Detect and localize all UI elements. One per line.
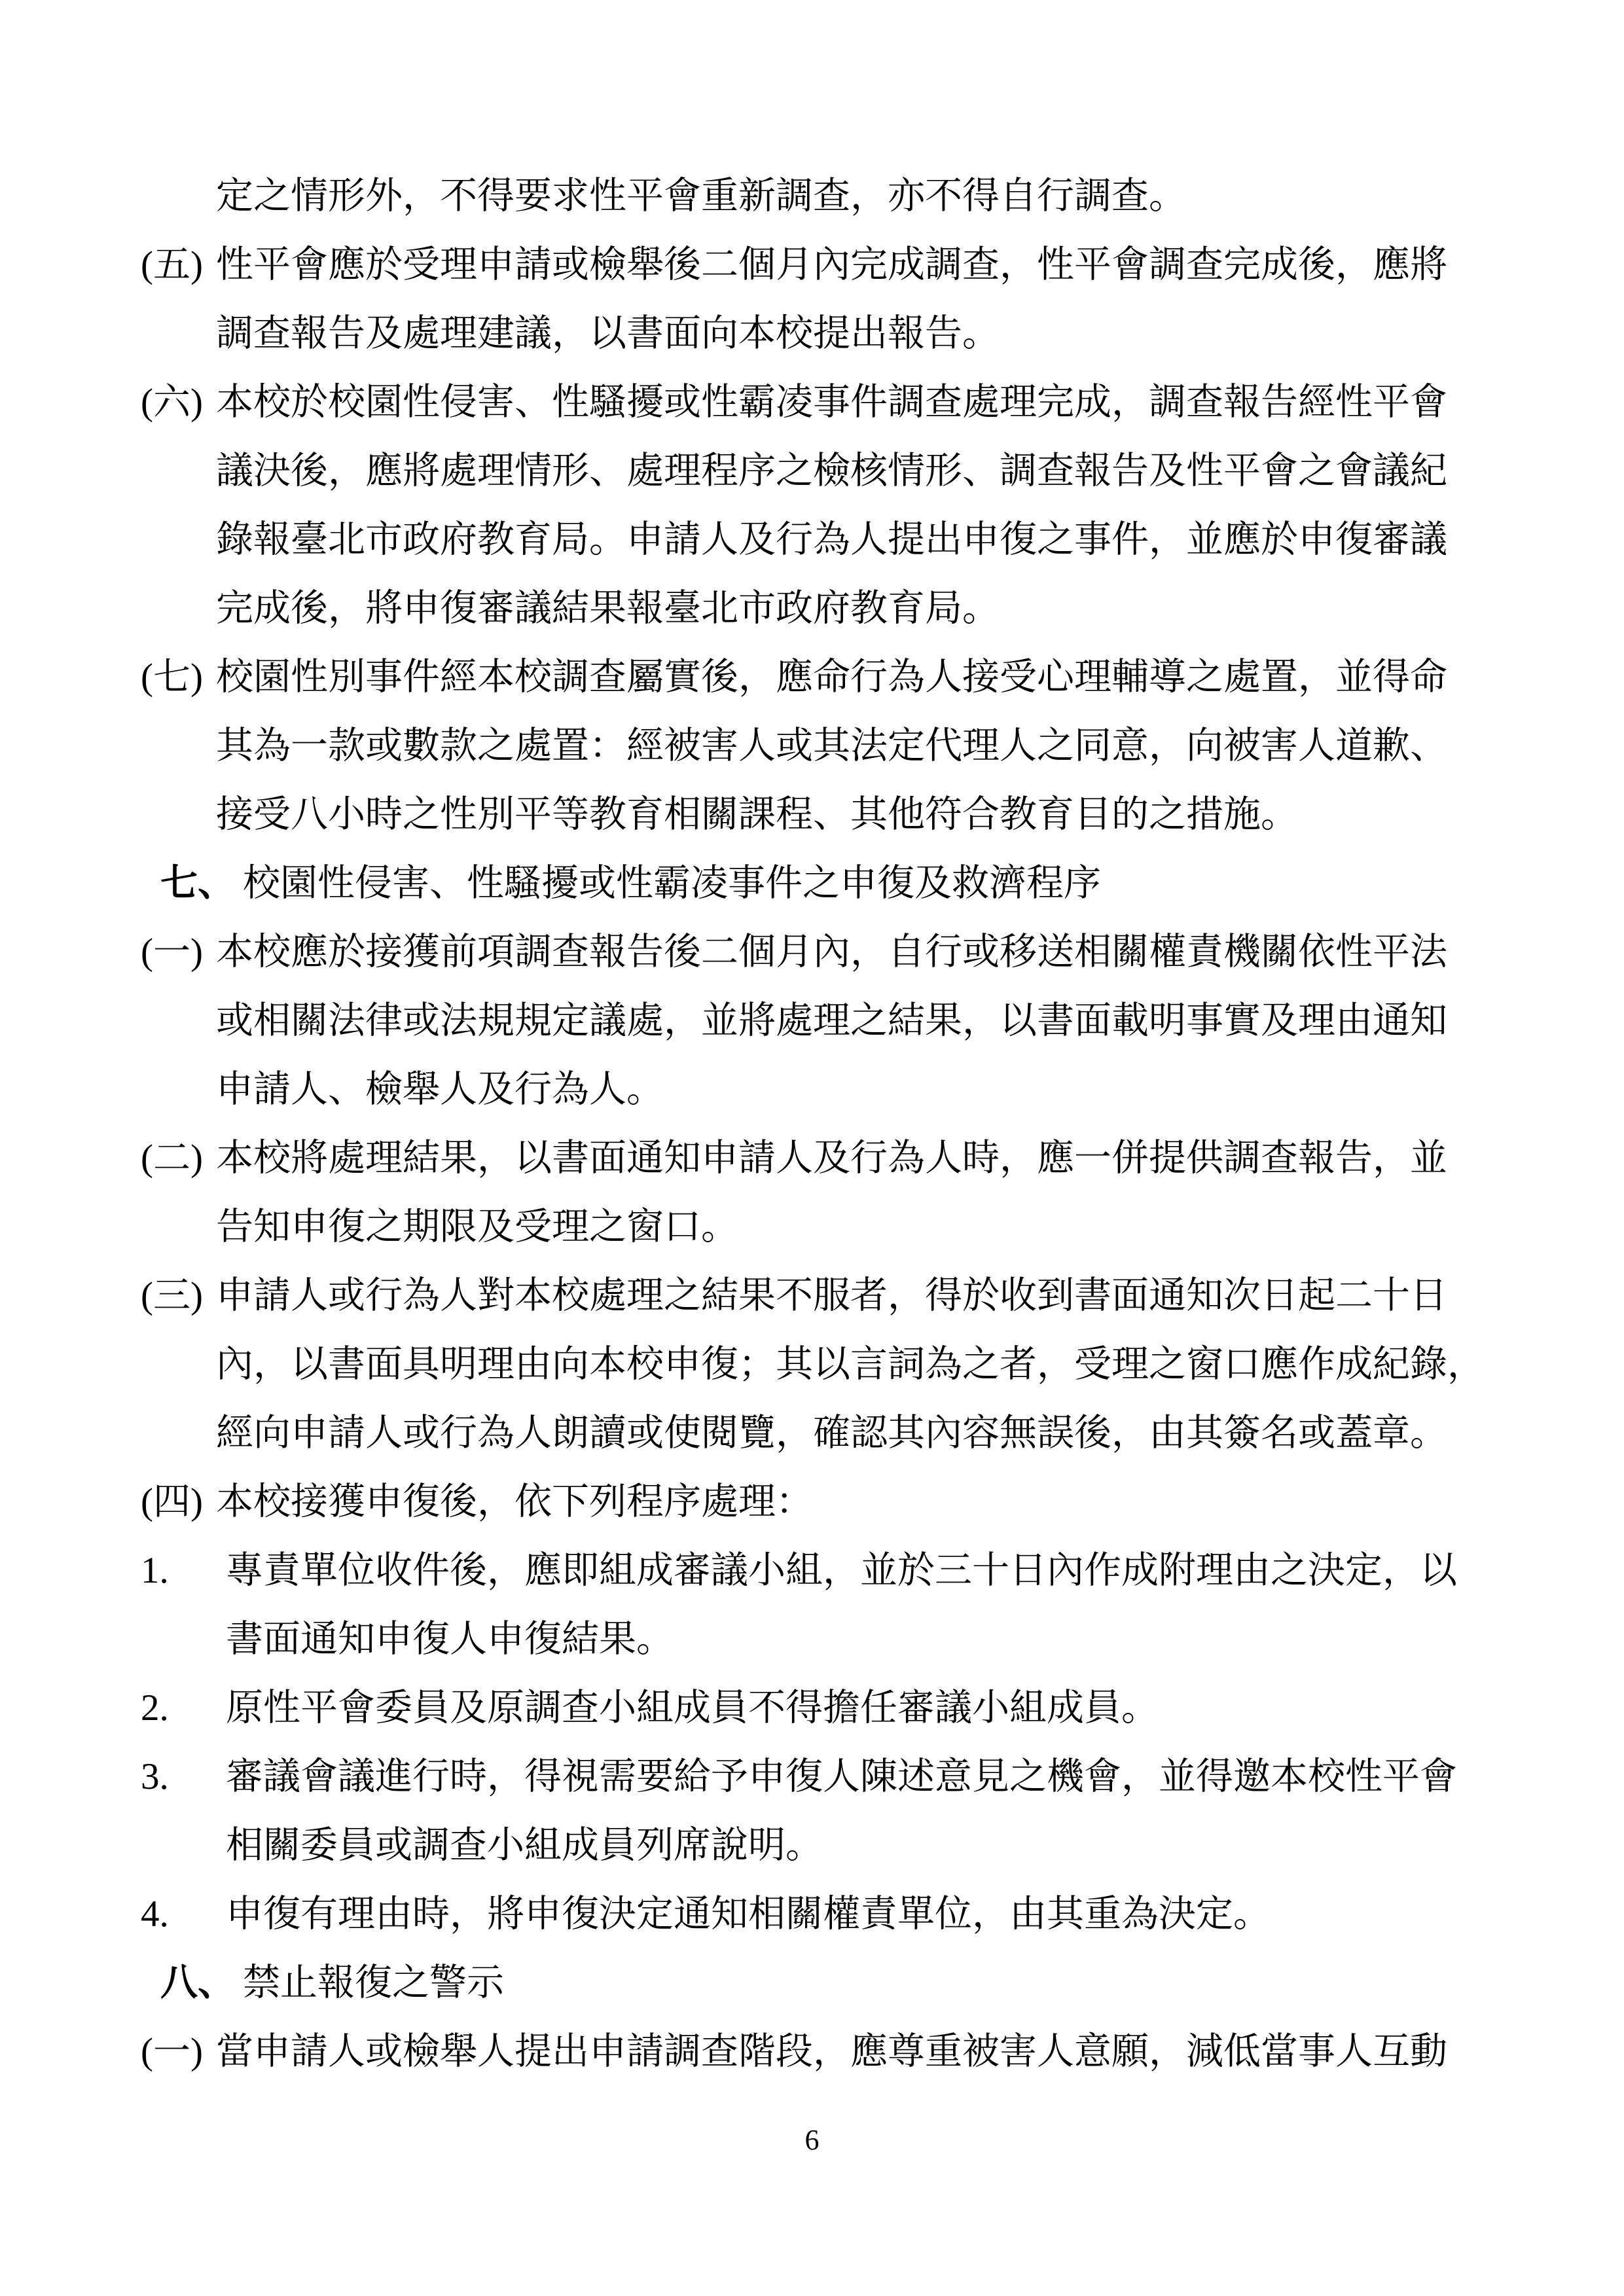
- paragraph: 3.審議會議進行時，得視需要給予申復人陳述意見之機會，並得邀本校性平會相關委員或…: [141, 1742, 1499, 1880]
- list-marker: 八、: [160, 1948, 243, 2017]
- paragraph: (三)申請人或行為人對本校處理之結果不服者，得於收到書面通知次日起二十日內，以書…: [141, 1261, 1499, 1467]
- paragraph: (四)本校接獲申復後，依下列程序處理：: [141, 1467, 1499, 1536]
- list-marker: (五): [141, 230, 216, 299]
- paragraph-text: 本校接獲申復後，依下列程序處理：: [216, 1481, 813, 1522]
- paragraph: (二)本校將處理結果，以書面通知申請人及行為人時，應一併提供調查報告，並告知申復…: [141, 1124, 1499, 1261]
- paragraph-text: 校園性別事件經本校調查屬實後，應命行為人接受心理輔導之處置，並得命其為一款或數款…: [216, 656, 1447, 835]
- list-marker: (七): [141, 643, 216, 711]
- list-marker: 3.: [141, 1742, 226, 1811]
- page-footer: 6: [0, 2121, 1624, 2160]
- paragraph-text: 當申請人或檢舉人提出申請調查階段，應尊重被害人意願，減低當事人互動: [216, 2031, 1447, 2072]
- page-number: 6: [805, 2124, 820, 2156]
- list-marker: (一): [141, 918, 216, 986]
- list-marker: (三): [141, 1261, 216, 1330]
- paragraph: (七)校園性別事件經本校調查屬實後，應命行為人接受心理輔導之處置，並得命其為一款…: [141, 643, 1499, 849]
- paragraph-text: 本校將處理結果，以書面通知申請人及行為人時，應一併提供調查報告，並告知申復之期限…: [216, 1138, 1447, 1247]
- paragraph-text: 申復有理由時，將申復決定通知相關權責單位，由其重為決定。: [226, 1893, 1271, 1935]
- paragraph: 1.專責單位收件後，應即組成審議小組，並於三十日內作成附理由之決定，以書面通知申…: [141, 1536, 1499, 1674]
- paragraph: (一)本校應於接獲前項調查報告後二個月內，自行或移送相關權責機關依性平法或相關法…: [141, 918, 1499, 1124]
- paragraph-text: 定之情形外，不得要求性平會重新調查，亦不得自行調查。: [216, 175, 1186, 217]
- paragraph-text: 本校於校園性侵害、性騷擾或性霸凌事件調查處理完成，調查報告經性平會議決後，應將處…: [216, 382, 1447, 629]
- paragraph-text: 性平會應於受理申請或檢舉後二個月內完成調查，性平會調查完成後，應將調查報告及處理…: [216, 244, 1447, 354]
- list-marker: (六): [141, 368, 216, 437]
- paragraph-text: 審議會議進行時，得視需要給予申復人陳述意見之機會，並得邀本校性平會相關委員或調查…: [226, 1756, 1457, 1866]
- paragraph: (五)性平會應於受理申請或檢舉後二個月內完成調查，性平會調查完成後，應將調查報告…: [141, 230, 1499, 368]
- list-marker: 4.: [141, 1880, 226, 1948]
- paragraph-text: 原性平會委員及原調查小組成員不得擔任審議小組成員。: [226, 1687, 1159, 1729]
- paragraph-text: 校園性侵害、性騷擾或性霸凌事件之申復及救濟程序: [243, 863, 1101, 904]
- document-page: 定之情形外，不得要求性平會重新調查，亦不得自行調查。(五)性平會應於受理申請或檢…: [0, 0, 1624, 2296]
- list-marker: (四): [141, 1467, 216, 1536]
- paragraph-text: 申請人或行為人對本校處理之結果不服者，得於收到書面通知次日起二十日內，以書面具明…: [216, 1275, 1485, 1454]
- paragraph: 2.原性平會委員及原調查小組成員不得擔任審議小組成員。: [141, 1674, 1499, 1742]
- list-marker: 七、: [160, 849, 243, 918]
- paragraph: 七、校園性侵害、性騷擾或性霸凌事件之申復及救濟程序: [160, 849, 1499, 918]
- paragraph: 4.申復有理由時，將申復決定通知相關權責單位，由其重為決定。: [141, 1880, 1499, 1948]
- paragraph-text: 禁止報復之警示: [243, 1962, 504, 2003]
- list-marker: 2.: [141, 1674, 226, 1742]
- paragraph: (一)當申請人或檢舉人提出申請調查階段，應尊重被害人意願，減低當事人互動: [141, 2017, 1499, 2086]
- list-marker: (一): [141, 2017, 216, 2086]
- document-body: 定之情形外，不得要求性平會重新調查，亦不得自行調查。(五)性平會應於受理申請或檢…: [141, 162, 1499, 2086]
- paragraph: 定之情形外，不得要求性平會重新調查，亦不得自行調查。: [141, 162, 1499, 230]
- paragraph-text: 專責單位收件後，應即組成審議小組，並於三十日內作成附理由之決定，以書面通知申復人…: [226, 1550, 1457, 1660]
- paragraph: (六)本校於校園性侵害、性騷擾或性霸凌事件調查處理完成，調查報告經性平會議決後，…: [141, 368, 1499, 643]
- list-marker: (二): [141, 1124, 216, 1193]
- paragraph-text: 本校應於接獲前項調查報告後二個月內，自行或移送相關權責機關依性平法或相關法律或法…: [216, 931, 1447, 1110]
- paragraph: 八、禁止報復之警示: [160, 1948, 1499, 2017]
- list-marker: 1.: [141, 1536, 226, 1605]
